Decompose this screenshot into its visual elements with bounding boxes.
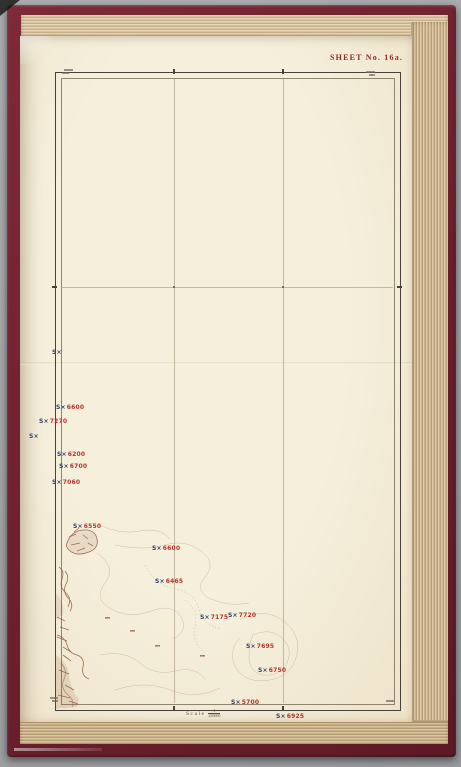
elevation-station-label: S× [52,349,63,356]
corner-coordinate-label [369,74,375,76]
elevation-station-label: S× [29,433,40,440]
elevation-station-label: S×6600 [56,404,84,411]
elevation-station-label: S×6200 [57,451,85,458]
scale-label: Scale [186,711,205,717]
corner-coordinate-label [386,700,394,702]
scan-watermark [14,748,102,751]
graticule-intersection-dot [282,286,284,288]
page-curl-highlight [20,36,54,64]
elevation-station-label: S×7060 [52,479,80,486]
graticule-intersection-dot [173,286,175,288]
scale-fraction: 1 250000 [208,709,220,718]
sheet-number-title: SHEET No. 16a. [330,53,420,62]
elevation-station-label: S×5700 [231,699,259,706]
page-edges-top [21,15,448,38]
graticule-horizontal [62,287,393,288]
border-tick [52,286,57,288]
elevation-station-label: S×7175 [200,614,228,621]
page-edges-bottom [20,720,448,744]
elevation-station-label: S×7720 [228,612,256,619]
scale-statement: Scale 1 250000 [186,709,220,718]
border-tick [397,286,402,288]
elevation-station-label: S×7695 [246,643,274,650]
elevation-station-label: S×6925 [276,713,304,720]
elevation-station-label: S×6550 [73,523,101,530]
scanned-atlas-page: SHEET No. 16a. [0,0,461,767]
border-tick [173,69,175,74]
elevation-station-label: S×6600 [152,545,180,552]
scan-corner-shadow [0,0,20,16]
border-tick [282,69,284,74]
elevation-station-label: S×6750 [258,667,286,674]
elevation-station-label: S×6465 [155,578,183,585]
corner-coordinate-label [64,69,73,71]
elevation-station-label: S×7270 [39,418,67,425]
corner-coordinate-label [62,72,69,74]
corner-coordinate-label [366,71,375,73]
elevation-station-label: S×6700 [59,463,87,470]
terrain-hachures [55,505,305,710]
page-edges-right [411,22,448,738]
